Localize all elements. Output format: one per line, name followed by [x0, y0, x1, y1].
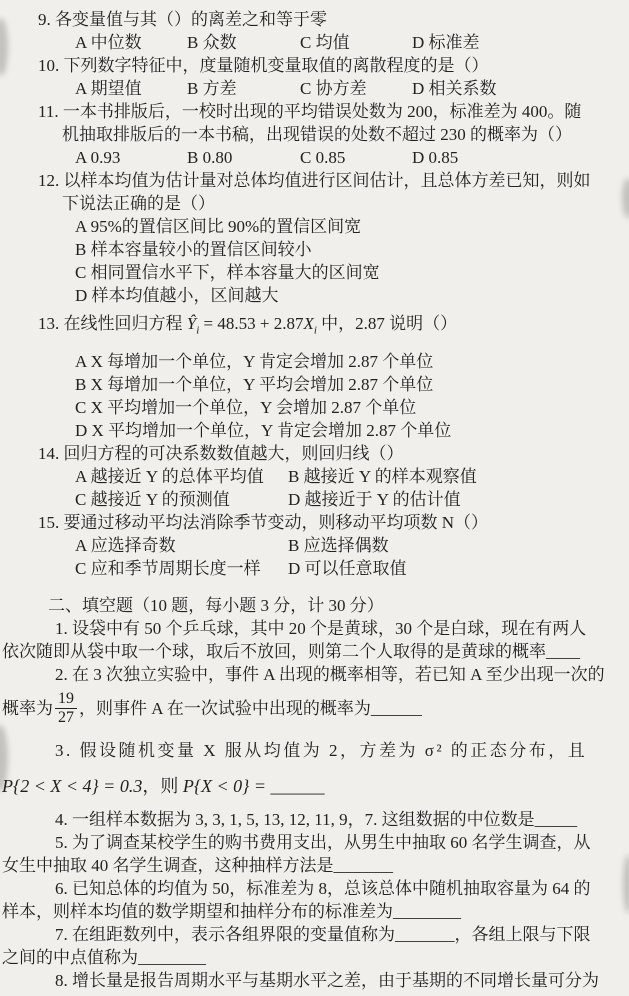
- option-14-a: A 越接近 Y 的总体平均值: [75, 465, 288, 488]
- regression-equation: = 48.53 + 2.87: [199, 314, 303, 333]
- question-14: 14. 回归方程的可决系数数值越大，则回归线（）: [0, 442, 629, 465]
- fill-5-line-2: 女生中抽取 40 名学生调查，这种抽样方法是_______: [0, 854, 629, 877]
- option-10-a: A 期望值: [75, 77, 187, 100]
- question-12-line-2: 下说法正确的是（）: [0, 192, 629, 215]
- question-15-options-row-1: A 应选择奇数 B 应选择偶数: [75, 534, 629, 557]
- question-12-line-1: 12. 以样本均值为估计量对总体均值进行区间估计，且总体方差已知，则如: [0, 169, 629, 192]
- question-10: 10. 下列数字特征中，度量随机变量取值的离散程度的是（）: [0, 54, 629, 77]
- question-11-options: A 0.93 B 0.80 C 0.85 D 0.85: [75, 146, 629, 169]
- question-13-text-post: 中，2.87 说明（）: [317, 314, 457, 333]
- question-11-line-2: 机抽取排版后的一本书稿，出现错误的处数不超过 230 的概率为（）: [0, 123, 629, 146]
- option-15-a: A 应选择奇数: [75, 534, 288, 557]
- scanned-exam-page: { "page": { "background": "#f1efec", "te…: [0, 0, 629, 996]
- option-10-c: C 协方差: [300, 77, 412, 100]
- option-9-b: B 众数: [187, 31, 300, 54]
- fill-7-line-1: 7. 在组距数列中，表示各组界限的变量值称为_______，各组上限与下限: [0, 923, 629, 946]
- option-11-a: A 0.93: [75, 146, 187, 169]
- fraction-denominator: 27: [55, 709, 77, 727]
- fill-6-line-2: 样本，则样本均值的数学期望和抽样分布的标准差为________: [0, 900, 629, 923]
- fill-5-line-1: 5. 为了调查某校学生的购书费用支出，从男生中抽取 60 名学生调查，从: [0, 831, 629, 854]
- question-10-options: A 期望值 B 方差 C 协方差 D 相关系数: [75, 77, 629, 100]
- option-14-b: B 越接近 Y 的样本观察值: [288, 465, 629, 488]
- fill-3-text-mid: ，则: [142, 776, 183, 796]
- option-11-b: B 0.80: [187, 146, 300, 169]
- fill-2-text-pre: 概率为: [2, 697, 53, 720]
- fill-2-line-1: 2. 在 3 次独立实验中，事件 A 出现的概率相等，若已知 A 至少出现一次的: [0, 663, 629, 686]
- option-15-b: B 应选择偶数: [288, 534, 629, 557]
- option-12-b: B 样本容量较小的置信区间较小: [0, 238, 629, 261]
- option-15-d: D 可以任意取值: [288, 557, 629, 580]
- question-11-line-1: 11. 一本书排版后，一校时出现的平均错误处数为 200，标准差为 400。随: [0, 100, 629, 123]
- fill-7-line-2: 之间的中点值称为________: [0, 946, 629, 969]
- option-12-a: A 95%的置信区间比 90%的置信区间宽: [0, 215, 629, 238]
- exam-document: 9. 各变量值与其（）的离差之和等于零 A 中位数 B 众数 C 均值 D 标准…: [0, 0, 629, 992]
- regression-x: X: [303, 314, 313, 333]
- question-15: 15. 要通过移动平均法消除季节变动，则移动平均项数 N（）: [0, 511, 629, 534]
- option-11-d: D 0.85: [412, 146, 629, 169]
- fill-3-line-2: P{2 < X < 4} = 0.3，则 P{X < 0} = ______: [0, 775, 629, 798]
- option-10-d: D 相关系数: [412, 77, 629, 100]
- question-13-text-pre: 13. 在线性回归方程: [38, 314, 187, 333]
- question-9: 9. 各变量值与其（）的离差之和等于零: [0, 8, 629, 31]
- option-9-a: A 中位数: [75, 31, 187, 54]
- fill-1-line-2: 依次随即从袋中取一个球，取后不放回，则第二个人取得的是黄球的概率____: [0, 640, 629, 663]
- option-13-c: C X 平均增加一个单位，Y 会增加 2.87 个单位: [0, 396, 629, 419]
- option-12-c: C 相同置信水平下，样本容量大的区间宽: [0, 261, 629, 284]
- option-9-c: C 均值: [300, 31, 412, 54]
- option-14-d: D 越接近于 Y 的估计值: [288, 488, 629, 511]
- regression-y-hat: Ŷ: [187, 314, 196, 333]
- fill-4-line-1: 4. 一组样本数据为 3, 3, 1, 5, 13, 12, 11, 9，7. …: [0, 808, 629, 831]
- probability-formula-2: P{X < 0} =: [183, 776, 271, 796]
- question-15-options-row-2: C 应和季节周期长度一样 D 可以任意取值: [75, 557, 629, 580]
- option-10-b: B 方差: [187, 77, 300, 100]
- question-9-options: A 中位数 B 众数 C 均值 D 标准差: [75, 31, 629, 54]
- question-14-options-row-2: C 越接近 Y 的预测值 D 越接近于 Y 的估计值: [75, 488, 629, 511]
- fill-2-text-post: ，则事件 A 在一次试验中出现的概率为______: [79, 697, 422, 720]
- question-13: 13. 在线性回归方程 Ŷi = 48.53 + 2.87Xi 中，2.87 说…: [0, 312, 629, 342]
- fraction-19-27: 1927: [55, 690, 77, 726]
- option-9-d: D 标准差: [412, 31, 629, 54]
- fill-8-line-1: 8. 增长量是报告周期水平与基期水平之差，由于基期的不同增长量可分为: [0, 969, 629, 992]
- option-14-c: C 越接近 Y 的预测值: [75, 488, 288, 511]
- fraction-numerator: 19: [55, 690, 77, 709]
- option-15-c: C 应和季节周期长度一样: [75, 557, 288, 580]
- section-2-header: 二、填空题（10 题，每小题 3 分，计 30 分）: [0, 594, 629, 617]
- option-13-a: A X 每增加一个单位，Y 肯定会增加 2.87 个单位: [0, 350, 629, 373]
- fill-2-line-2: 概率为 1927 ，则事件 A 在一次试验中出现的概率为______: [0, 686, 629, 730]
- option-12-d: D 样本均值越小，区间越大: [0, 284, 629, 307]
- fill-6-line-1: 6. 已知总体的均值为 50，标准差为 8，总该总体中随机抽取容量为 64 的: [0, 877, 629, 900]
- option-11-c: C 0.85: [300, 146, 412, 169]
- option-13-d: D X 平均增加一个单位，Y 肯定会增加 2.87 个单位: [0, 419, 629, 442]
- fill-1-line-1: 1. 设袋中有 50 个乒乓球，其中 20 个是黄球，30 个是白球，现在有两人: [0, 617, 629, 640]
- probability-formula-1: P{2 < X < 4} = 0.3: [2, 776, 142, 796]
- question-14-options-row-1: A 越接近 Y 的总体平均值 B 越接近 Y 的样本观察值: [75, 465, 629, 488]
- fill-3-line-1: 3. 假设随机变量 X 服从均值为 2，方差为 σ² 的正态分布，且: [0, 739, 629, 762]
- option-13-b: B X 每增加一个单位，Y 平均会增加 2.87 个单位: [0, 373, 629, 396]
- fill-3-blank: ______: [271, 776, 325, 796]
